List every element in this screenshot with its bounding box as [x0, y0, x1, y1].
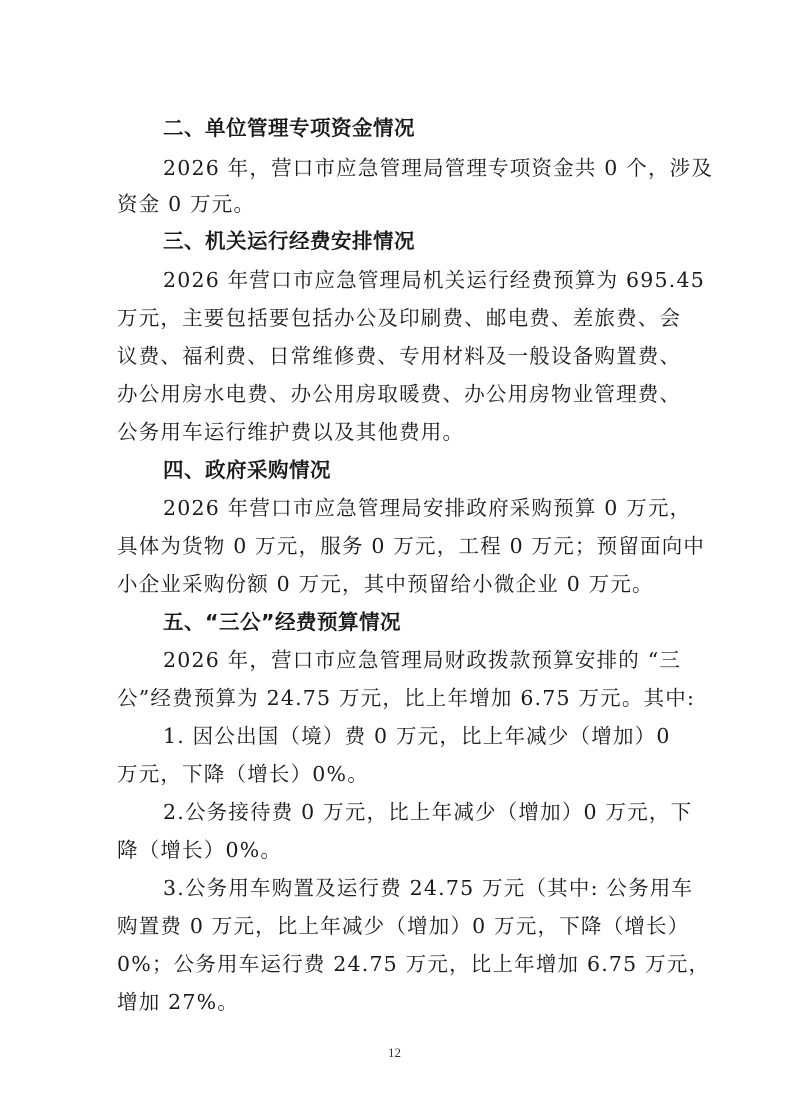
paragraph-line: 公务用车运行维护费以及其他费用。 — [117, 418, 464, 446]
paragraph-line: 0%；公务用车运行费 24.75 万元，比上年增加 6.75 万元， — [117, 950, 710, 978]
paragraph-line: 1. 因公出国（境）费 0 万元，比上年减少（增加）0 — [163, 722, 671, 750]
paragraph-line: 万元，下降（增长）0%。 — [117, 760, 369, 788]
section-heading-2: 二、单位管理专项资金情况 — [163, 114, 415, 142]
paragraph-line: 办公用房水电费、办公用房取暖费、办公用房物业管理费、 — [117, 380, 681, 408]
paragraph-line: 2.公务接待费 0 万元，比上年减少（增加）0 万元，下 — [163, 798, 692, 826]
paragraph-line: 具体为货物 0 万元，服务 0 万元，工程 0 万元；预留面向中 — [117, 532, 705, 560]
paragraph-line: 3.公务用车购置及运行费 24.75 万元（其中: 公务用车 — [163, 874, 693, 902]
page-number: 12 — [0, 1045, 789, 1061]
paragraph-line: 公”经费预算为 24.75 万元，比上年增加 6.75 万元。其中: — [117, 684, 695, 712]
paragraph-line: 议费、福利费、日常维修费、专用材料及一般设备购置费、 — [117, 342, 681, 370]
paragraph-line: 2026 年，营口市应急管理局管理专项资金共 0 个，涉及 — [163, 154, 713, 182]
paragraph-line: 资金 0 万元。 — [117, 190, 255, 218]
section-heading-5: 五、“三公”经费预算情况 — [163, 608, 401, 636]
paragraph-line: 万元，主要包括要包括办公及印刷费、邮电费、差旅费、会 — [117, 304, 681, 332]
paragraph-line: 小企业采购份额 0 万元，其中预留给小微企业 0 万元。 — [117, 570, 654, 598]
paragraph-line: 购置费 0 万元，比上年减少（增加）0 万元，下降（增长） — [117, 912, 689, 940]
section-heading-3: 三、机关运行经费安排情况 — [163, 227, 415, 255]
paragraph-line: 增加 27%。 — [117, 988, 239, 1016]
section-heading-4: 四、政府采购情况 — [163, 456, 331, 484]
paragraph-line: 降（增长）0%。 — [117, 836, 282, 864]
paragraph-line: 2026 年营口市应急管理局安排政府采购预算 0 万元， — [163, 494, 691, 522]
paragraph-line: 2026 年，营口市应急管理局财政拨款预算安排的 “三 — [163, 646, 681, 674]
paragraph-line: 2026 年营口市应急管理局机关运行经费预算为 695.45 — [163, 266, 705, 294]
